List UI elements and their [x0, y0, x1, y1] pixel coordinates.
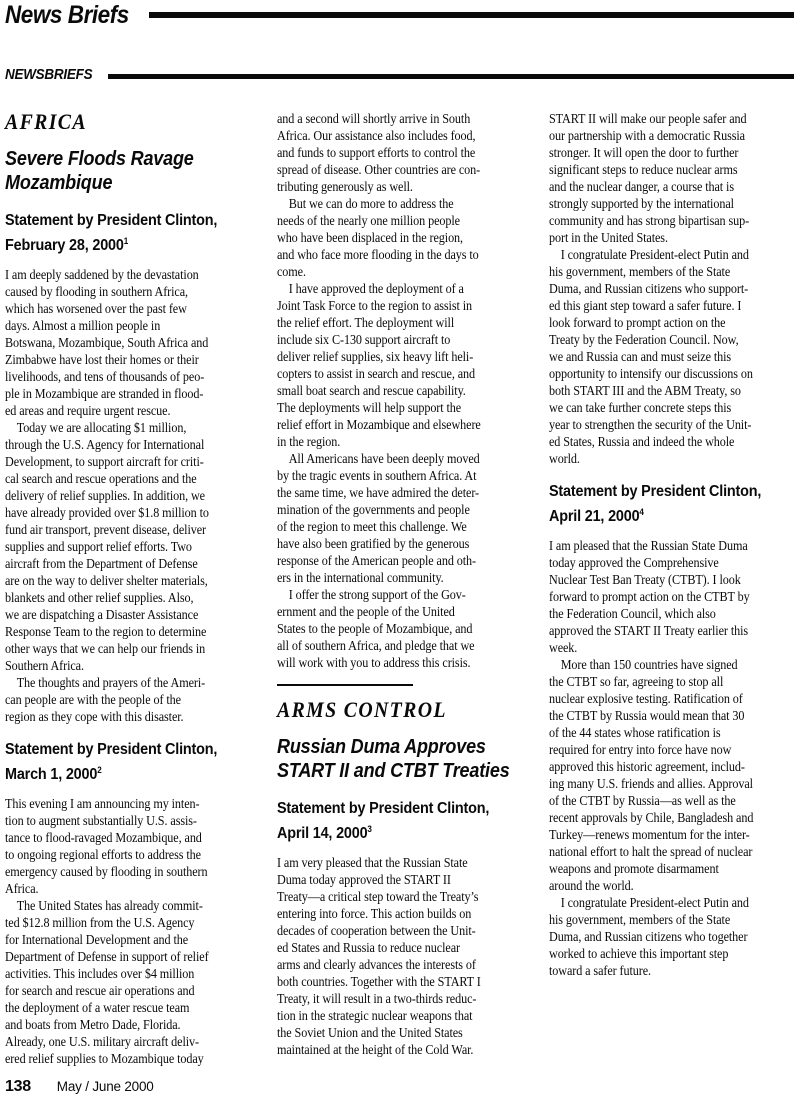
subhead-statement-feb28: Statement by President Clinton, February…: [5, 211, 250, 256]
newsbriefs-rule: [108, 74, 794, 79]
section-heading-arms-control: ARMS CONTROL: [277, 698, 522, 722]
section-kicker-row: NEWSBRIEFS: [5, 67, 794, 83]
body-paragraph: The United States has already commit- te…: [5, 897, 250, 1067]
column-2: and a second will shortly arrive in Sout…: [277, 108, 522, 1067]
column-1-content: AFRICA Severe Floods Ravage Mozambique S…: [5, 110, 250, 1067]
footnote-ref-4: 4: [639, 507, 643, 517]
page-footer: 138 May / June 2000: [5, 1078, 154, 1096]
subhead-statement-apr21: Statement by President Clinton, April 21…: [549, 482, 794, 527]
headline-duma-approves: Russian Duma Approves START II and CTBT …: [277, 735, 522, 783]
body-paragraph: This evening I am announcing my inten- t…: [5, 795, 250, 897]
body-paragraph: I offer the strong support of the Gov- e…: [277, 586, 522, 671]
headline-severe-floods: Severe Floods Ravage Mozambique: [5, 147, 250, 195]
subhead-text: Statement by President Clinton, February…: [5, 212, 217, 254]
subhead-statement-apr14: Statement by President Clinton, April 14…: [277, 799, 522, 844]
column-2-content: and a second will shortly arrive in Sout…: [277, 110, 522, 1058]
body-paragraph: and a second will shortly arrive in Sout…: [277, 110, 522, 195]
section-heading-africa: AFRICA: [5, 110, 250, 134]
body-paragraph: The thoughts and prayers of the Ameri- c…: [5, 674, 250, 725]
footnote-ref-3: 3: [367, 824, 371, 834]
body-paragraph: More than 150 countries have signed the …: [549, 656, 794, 894]
footnote-ref-2: 2: [97, 765, 101, 775]
column-1: AFRICA Severe Floods Ravage Mozambique S…: [5, 108, 250, 1067]
footnote-ref-1: 1: [124, 236, 128, 246]
column-3: START II will make our people safer and …: [549, 108, 794, 1067]
masthead-title: News Briefs: [5, 2, 129, 28]
body-paragraph: All Americans have been deeply moved by …: [277, 450, 522, 586]
article-divider-rule: [277, 684, 413, 686]
body-paragraph: START II will make our people safer and …: [549, 110, 794, 246]
subhead-text: Statement by President Clinton, April 21…: [549, 483, 761, 525]
body-paragraph: I congratulate President-elect Putin and…: [549, 894, 794, 979]
subhead-text: Statement by President Clinton, April 14…: [277, 800, 489, 842]
body-paragraph: But we can do more to address the needs …: [277, 195, 522, 280]
column-3-content: START II will make our people safer and …: [549, 110, 794, 979]
subhead-statement-mar1: Statement by President Clinton, March 1,…: [5, 740, 250, 785]
masthead-rule: [149, 12, 794, 18]
footer-page-number: 138: [5, 1078, 31, 1096]
page-columns: AFRICA Severe Floods Ravage Mozambique S…: [5, 108, 794, 1067]
body-paragraph: I have approved the deployment of a Join…: [277, 280, 522, 450]
body-paragraph: I congratulate President-elect Putin and…: [549, 246, 794, 467]
subhead-text: Statement by President Clinton, March 1,…: [5, 741, 217, 783]
footer-issue-date: May / June 2000: [57, 1079, 154, 1094]
masthead: News Briefs: [5, 2, 794, 28]
body-paragraph: I am very pleased that the Russian State…: [277, 854, 522, 1058]
newsbriefs-label: NEWSBRIEFS: [5, 67, 92, 83]
body-paragraph: Today we are allocating $1 million, thro…: [5, 419, 250, 674]
body-paragraph: I am pleased that the Russian State Duma…: [549, 537, 794, 656]
body-paragraph: I am deeply saddened by the devastation …: [5, 266, 250, 419]
